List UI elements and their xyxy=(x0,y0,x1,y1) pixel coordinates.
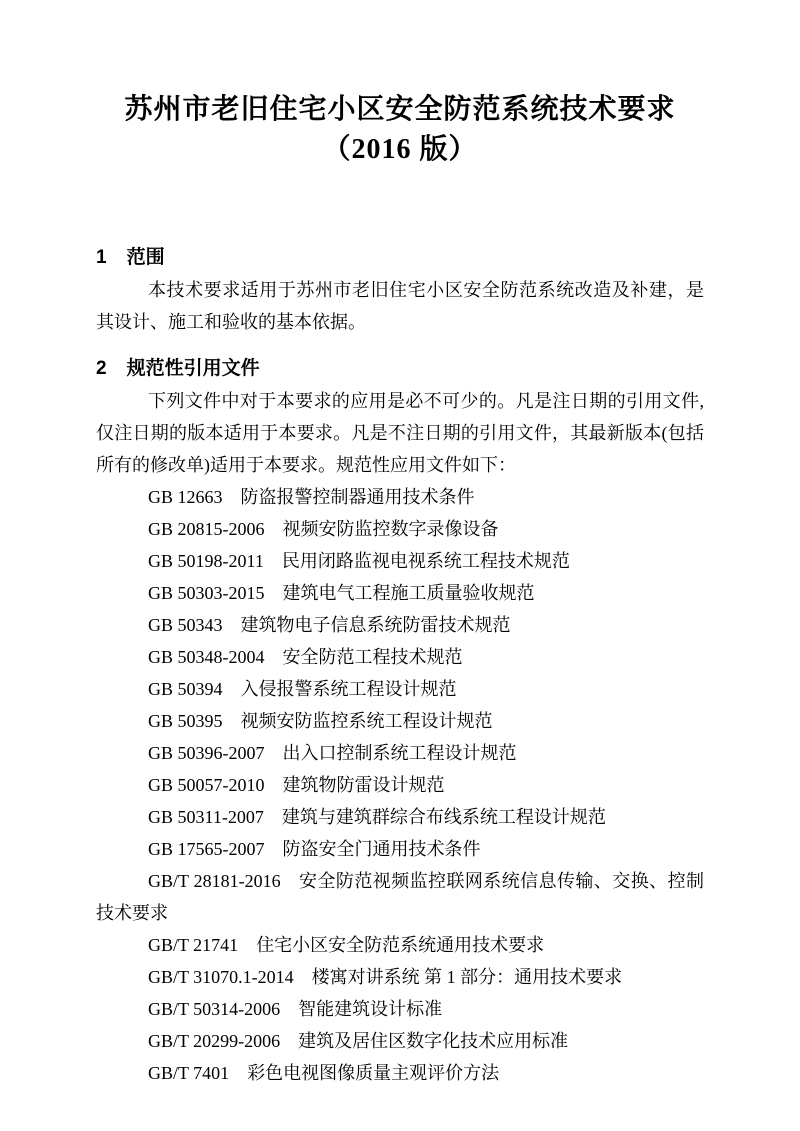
reference-item: GB 50396-2007出入口控制系统工程设计规范 xyxy=(96,737,704,769)
reference-code: GB/T 20299-2006 xyxy=(148,1031,280,1051)
reference-item: GB 50303-2015建筑电气工程施工质量验收规范 xyxy=(96,577,704,609)
reference-item: GB 50311-2007建筑与建筑群综合布线系统工程设计规范 xyxy=(96,801,704,833)
reference-item: GB 50198-2011民用闭路监视电视系统工程技术规范 xyxy=(96,545,704,577)
reference-code: GB 20815-2006 xyxy=(148,519,265,539)
reference-code: GB 50348-2004 xyxy=(148,647,265,667)
reference-code: GB/T 31070.1-2014 xyxy=(148,967,294,987)
reference-title: 楼寓对讲系统 第 1 部分：通用技术要求 xyxy=(312,967,623,987)
reference-item: GB/T 50314-2006智能建筑设计标准 xyxy=(96,993,704,1025)
reference-code: GB 50198-2011 xyxy=(148,551,264,571)
reference-item: GB/T 31070.1-2014楼寓对讲系统 第 1 部分：通用技术要求 xyxy=(96,961,704,993)
reference-code: GB/T 50314-2006 xyxy=(148,999,280,1019)
reference-item: GB 12663防盗报警控制器通用技术条件 xyxy=(96,481,704,513)
reference-code: GB 50395 xyxy=(148,711,223,731)
reference-code: GB 50311-2007 xyxy=(148,807,264,827)
reference-title: 住宅小区安全防范系统通用技术要求 xyxy=(256,935,544,955)
reference-item: GB/T 28181-2016安全防范视频监控联网系统信息传输、交换、控制技术要… xyxy=(96,865,704,929)
reference-title: 彩色电视图像质量主观评价方法 xyxy=(247,1063,499,1083)
reference-item: GB 50348-2004安全防范工程技术规范 xyxy=(96,641,704,673)
reference-item: GB 20815-2006视频安防监控数字录像设备 xyxy=(96,513,704,545)
section-2-heading: 2规范性引用文件 xyxy=(96,353,704,385)
document-page: 苏州市老旧住宅小区安全防范系统技术要求（2016 版） 1范围 本技术要求适用于… xyxy=(0,0,800,1131)
reference-item: GB 50057-2010建筑物防雷设计规范 xyxy=(96,769,704,801)
reference-title: 建筑与建筑群综合布线系统工程设计规范 xyxy=(282,807,606,827)
reference-code: GB 50396-2007 xyxy=(148,743,265,763)
reference-code: GB/T 21741 xyxy=(148,935,238,955)
reference-item: GB/T 7401彩色电视图像质量主观评价方法 xyxy=(96,1057,704,1089)
reference-title: 防盗安全门通用技术条件 xyxy=(283,839,481,859)
reference-code: GB 50394 xyxy=(148,679,223,699)
reference-title: 视频安防监控数字录像设备 xyxy=(283,519,499,539)
reference-item: GB 50395视频安防监控系统工程设计规范 xyxy=(96,705,704,737)
reference-list: GB 12663防盗报警控制器通用技术条件 GB 20815-2006视频安防监… xyxy=(96,481,704,1089)
section-1-title: 范围 xyxy=(127,247,165,268)
reference-title: 防盗报警控制器通用技术条件 xyxy=(241,487,475,507)
reference-title: 安全防范工程技术规范 xyxy=(283,647,463,667)
reference-code: GB 50057-2010 xyxy=(148,775,265,795)
reference-code: GB 50303-2015 xyxy=(148,583,265,603)
document-title: 苏州市老旧住宅小区安全防范系统技术要求（2016 版） xyxy=(96,90,704,170)
reference-code: GB 50343 xyxy=(148,615,223,635)
section-2-title: 规范性引用文件 xyxy=(127,358,260,379)
reference-title: 智能建筑设计标准 xyxy=(298,999,442,1019)
reference-title: 入侵报警系统工程设计规范 xyxy=(241,679,457,699)
section-1-paragraph: 本技术要求适用于苏州市老旧住宅小区安全防范系统改造及补建，是其设计、施工和验收的… xyxy=(96,274,704,338)
reference-title: 建筑电气工程施工质量验收规范 xyxy=(283,583,535,603)
section-1-heading: 1范围 xyxy=(96,242,704,274)
reference-code: GB/T 7401 xyxy=(148,1063,229,1083)
section-normative-references: 2规范性引用文件 下列文件中对于本要求的应用是必不可少的。凡是注日期的引用文件,… xyxy=(96,353,704,1089)
reference-title: 建筑物电子信息系统防雷技术规范 xyxy=(241,615,511,635)
section-1-number: 1 xyxy=(96,242,107,274)
section-scope: 1范围 本技术要求适用于苏州市老旧住宅小区安全防范系统改造及补建，是其设计、施工… xyxy=(96,242,704,338)
reference-title: 建筑物防雷设计规范 xyxy=(283,775,445,795)
reference-item: GB/T 21741住宅小区安全防范系统通用技术要求 xyxy=(96,929,704,961)
reference-item: GB 50394入侵报警系统工程设计规范 xyxy=(96,673,704,705)
reference-item: GB 50343建筑物电子信息系统防雷技术规范 xyxy=(96,609,704,641)
reference-title: 出入口控制系统工程设计规范 xyxy=(283,743,517,763)
reference-title: 建筑及居住区数字化技术应用标准 xyxy=(298,1031,568,1051)
reference-code: GB/T 28181-2016 xyxy=(148,871,281,891)
reference-title: 民用闭路监视电视系统工程技术规范 xyxy=(282,551,570,571)
reference-title: 视频安防监控系统工程设计规范 xyxy=(241,711,493,731)
reference-item: GB 17565-2007防盗安全门通用技术条件 xyxy=(96,833,704,865)
document-content: 苏州市老旧住宅小区安全防范系统技术要求（2016 版） 1范围 本技术要求适用于… xyxy=(0,0,800,1089)
section-2-paragraph: 下列文件中对于本要求的应用是必不可少的。凡是注日期的引用文件,仅注日期的版本适用… xyxy=(96,385,704,481)
reference-code: GB 12663 xyxy=(148,487,223,507)
reference-item: GB/T 20299-2006建筑及居住区数字化技术应用标准 xyxy=(96,1025,704,1057)
section-2-number: 2 xyxy=(96,353,107,385)
reference-code: GB 17565-2007 xyxy=(148,839,265,859)
